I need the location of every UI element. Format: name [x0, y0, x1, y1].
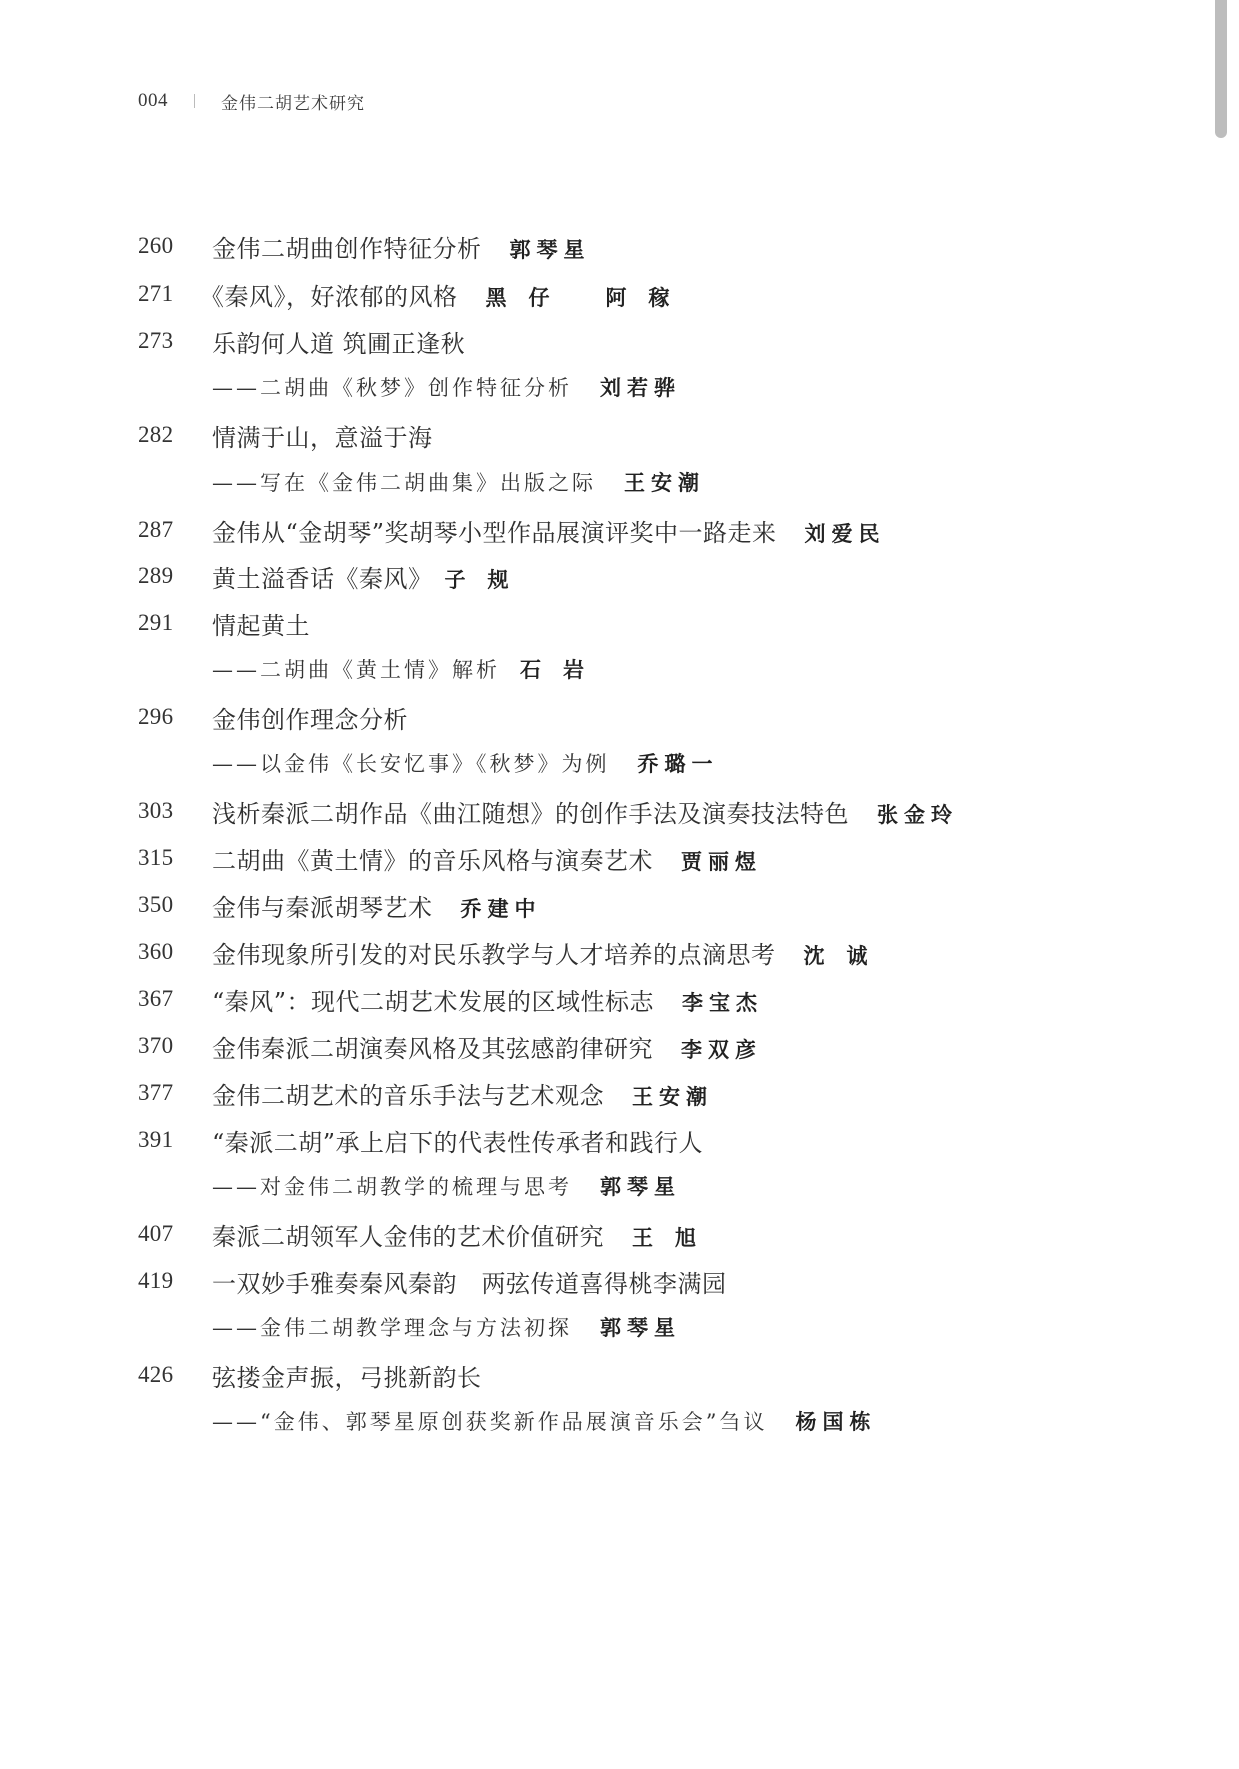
toc-title: “秦风”：现代二胡艺术发展的区域性标志李宝杰 [212, 982, 763, 1017]
toc-title: 一双妙手雅奏秦风秦韵 两弦传道喜得桃李满园 [212, 1264, 727, 1299]
toc-title: 金伟从“金胡琴”奖胡琴小型作品展演评奖中一路走来刘爱民 [212, 513, 886, 548]
toc-author: 乔建中 [461, 897, 542, 921]
toc-title-text: 金伟现象所引发的对民乐教学与人才培养的点滴思考 [212, 941, 776, 969]
toc-title: 金伟二胡曲创作特征分析郭琴星 [212, 229, 591, 264]
toc-title-text: 金伟二胡曲创作特征分析 [212, 235, 482, 263]
toc-title-text: 金伟二胡艺术的音乐手法与艺术观念 [212, 1082, 604, 1110]
toc-subtitle-text: ——以金伟《长安忆事》《秋梦》为例 [212, 752, 610, 776]
toc-page-number: 289 [138, 563, 188, 589]
toc-page-number: 419 [138, 1268, 188, 1294]
toc-author: 王旭 [632, 1226, 718, 1250]
toc-title-text: 金伟秦派二胡演奏风格及其弦感韵律研究 [212, 1035, 653, 1063]
toc-author: 郭琴星 [600, 1175, 681, 1199]
toc-author: 贾丽煜 [681, 850, 762, 874]
running-header: 004 金伟二胡艺术研究 [138, 86, 365, 116]
toc-author: 阿稼 [606, 282, 692, 312]
toc-author: 黑仔 [486, 282, 572, 312]
toc-page-number: 287 [138, 517, 188, 543]
toc-page-number: 273 [138, 328, 188, 354]
toc-title-text: 金伟与秦派胡琴艺术 [212, 894, 433, 922]
toc-title: 金伟创作理念分析 [212, 700, 408, 735]
toc-title: 黄土溢香话《秦风》子规 [212, 559, 531, 594]
toc-title: 浅析秦派二胡作品《曲江随想》的创作手法及演奏技法特色张金玲 [212, 794, 958, 829]
toc-author-group: 黑仔阿稼 [458, 282, 692, 312]
toc-title: 金伟与秦派胡琴艺术乔建中 [212, 888, 542, 923]
toc-author: 李宝杰 [682, 991, 763, 1015]
page-folio: 004 [138, 90, 168, 112]
toc-title-text: 秦派二胡领军人金伟的艺术价值研究 [212, 1223, 604, 1251]
toc-title: 金伟秦派二胡演奏风格及其弦感韵律研究李双彦 [212, 1029, 762, 1064]
header-divider [194, 94, 195, 108]
toc-page-number: 391 [138, 1127, 188, 1153]
toc-page-number: 367 [138, 986, 188, 1012]
scrollbar-thumb[interactable] [1215, 0, 1227, 138]
toc-page-number: 360 [138, 939, 188, 965]
toc-subtitle-text: ——金伟二胡教学理念与方法初探 [212, 1316, 572, 1340]
toc-title: 秦派二胡领军人金伟的艺术价值研究王旭 [212, 1217, 718, 1252]
toc-title: 弦搂金声振，弓挑新韵长 [212, 1358, 482, 1393]
toc-author: 王安潮 [632, 1085, 713, 1109]
toc-page-number: 303 [138, 798, 188, 824]
toc-title-text: 金伟从“金胡琴”奖胡琴小型作品展演评奖中一路走来 [212, 519, 777, 547]
toc-subtitle: ——对金伟二胡教学的梳理与思考郭琴星 [212, 1171, 681, 1201]
toc-subtitle: ——写在《金伟二胡曲集》出版之际王安潮 [212, 467, 705, 497]
toc-page-number: 315 [138, 845, 188, 871]
toc-title-text: 黄土溢香话《秦风》 [212, 565, 433, 593]
toc-page-number: 296 [138, 704, 188, 730]
toc-title: 情满于山，意溢于海 [212, 418, 433, 453]
toc-title: 乐韵何人道 筑圃正逢秋 [212, 324, 465, 359]
toc-subtitle: ——二胡曲《秋梦》创作特征分析刘若骅 [212, 372, 681, 402]
toc-page-number: 377 [138, 1080, 188, 1106]
toc-page-number: 407 [138, 1221, 188, 1247]
toc-title: 二胡曲《黄土情》的音乐风格与演奏艺术贾丽煜 [212, 841, 762, 876]
toc-author: 李双彦 [681, 1038, 762, 1062]
toc-page-number: 282 [138, 422, 188, 448]
toc-author: 沈诚 [804, 944, 890, 968]
book-title: 金伟二胡艺术研究 [221, 89, 365, 114]
toc-page-number: 271 [138, 281, 188, 307]
toc-author: 乔璐一 [638, 752, 719, 776]
toc-subtitle: ——“金伟、郭琴星原创获奖新作品展演音乐会”刍议杨国栋 [212, 1406, 876, 1436]
toc-title-text: 《秦风》，好浓郁的风格 [200, 283, 458, 311]
toc-author: 张金玲 [877, 803, 958, 827]
toc-page-number: 350 [138, 892, 188, 918]
toc-title: “秦派二胡”承上启下的代表性传承者和践行人 [212, 1123, 703, 1158]
toc-page-number: 426 [138, 1362, 188, 1388]
toc-subtitle: ——二胡曲《黄土情》解析石岩 [212, 654, 606, 684]
toc-author: 石岩 [520, 658, 606, 682]
toc-title: 《秦风》，好浓郁的风格黑仔阿稼 [200, 277, 692, 312]
toc-subtitle: ——以金伟《长安忆事》《秋梦》为例乔璐一 [212, 748, 719, 778]
toc-author: 刘若骅 [600, 376, 681, 400]
toc-page-number: 370 [138, 1033, 188, 1059]
toc-title: 金伟现象所引发的对民乐教学与人才培养的点滴思考沈诚 [212, 935, 890, 970]
toc-author: 郭琴星 [510, 238, 591, 262]
toc-title-text: 二胡曲《黄土情》的音乐风格与演奏艺术 [212, 847, 653, 875]
toc-title-text: “秦风”：现代二胡艺术发展的区域性标志 [212, 988, 654, 1016]
toc-title: 情起黄土 [212, 606, 310, 641]
toc-subtitle: ——金伟二胡教学理念与方法初探郭琴星 [212, 1312, 681, 1342]
toc-author: 杨国栋 [795, 1410, 876, 1434]
toc-subtitle-text: ——二胡曲《秋梦》创作特征分析 [212, 376, 572, 400]
toc-title: 金伟二胡艺术的音乐手法与艺术观念王安潮 [212, 1076, 713, 1111]
toc-subtitle-text: ——二胡曲《黄土情》解析 [212, 658, 500, 682]
toc-page-number: 291 [138, 610, 188, 636]
toc-subtitle-text: ——“金伟、郭琴星原创获奖新作品展演音乐会”刍议 [212, 1410, 767, 1434]
toc-author: 王安潮 [624, 471, 705, 495]
toc-page-number: 260 [138, 233, 188, 259]
toc-author: 子规 [445, 568, 531, 592]
toc-subtitle-text: ——写在《金伟二胡曲集》出版之际 [212, 471, 596, 495]
toc-title-text: 浅析秦派二胡作品《曲江随想》的创作手法及演奏技法特色 [212, 800, 849, 828]
toc-subtitle-text: ——对金伟二胡教学的梳理与思考 [212, 1175, 572, 1199]
toc-author: 刘爱民 [805, 522, 886, 546]
toc-author: 郭琴星 [600, 1316, 681, 1340]
